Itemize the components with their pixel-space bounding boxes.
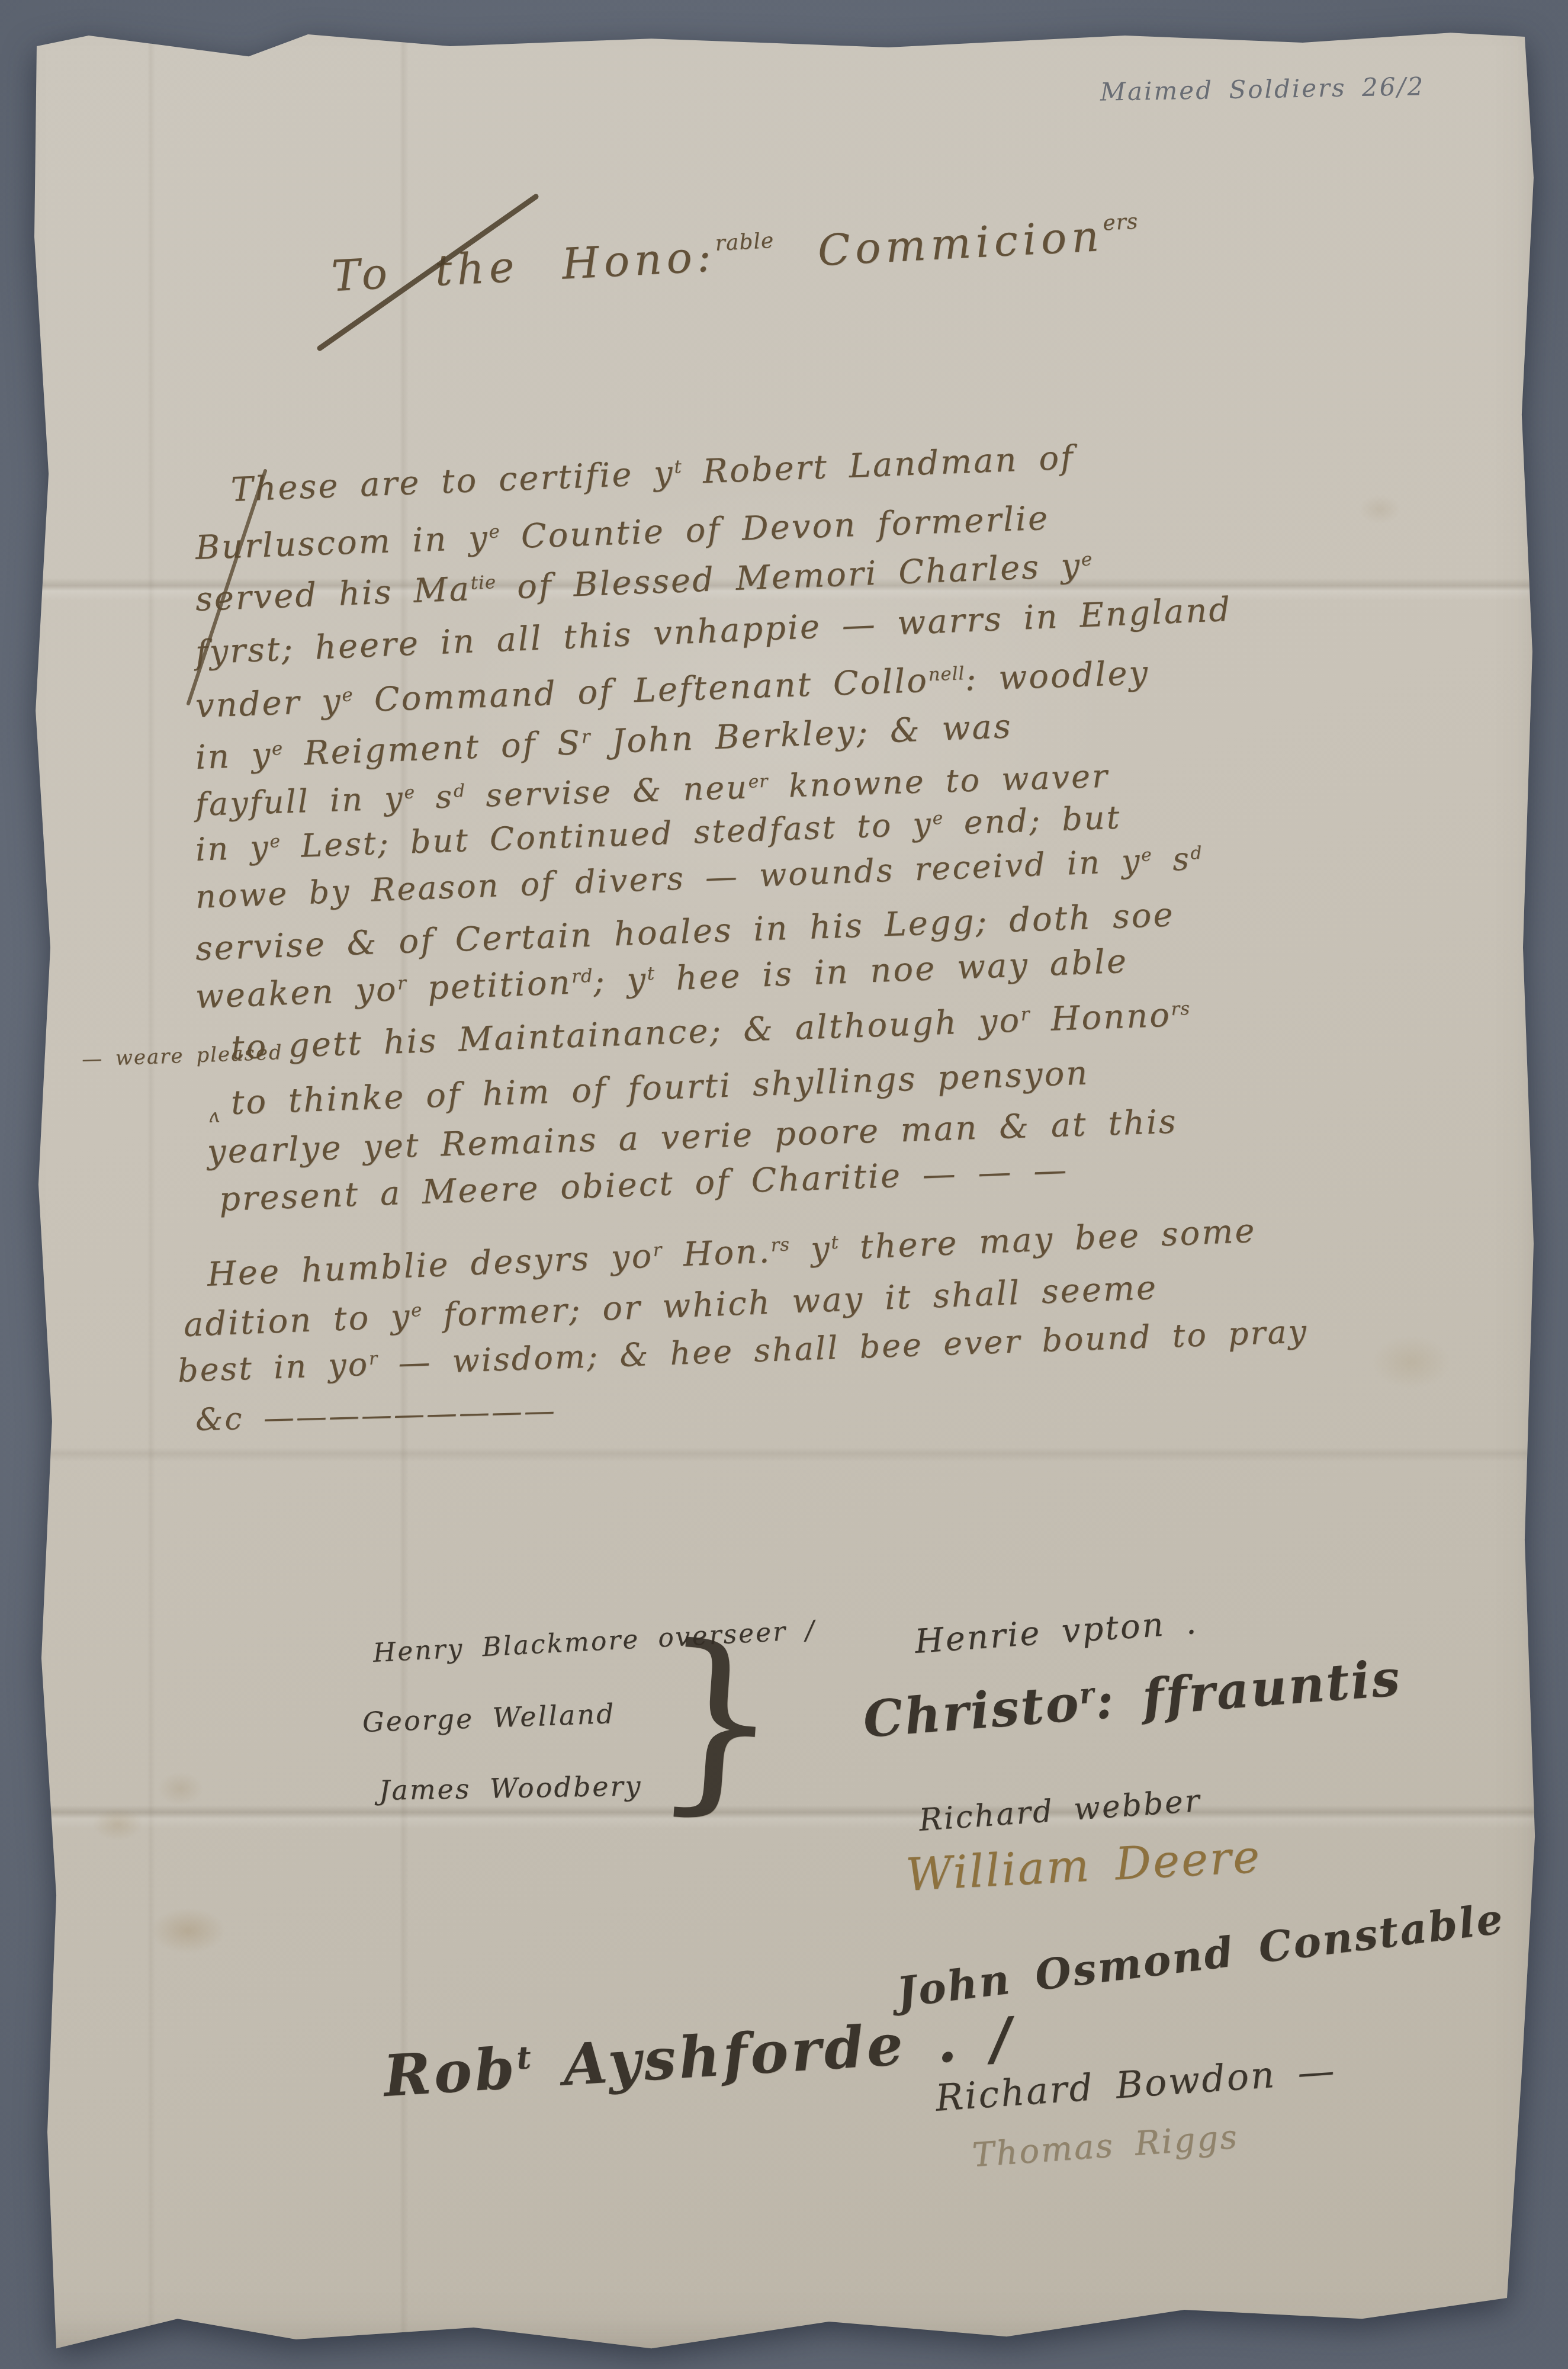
archival-annotation: Maimed Soldiers 26/2 <box>1100 72 1425 107</box>
signature: Henrie vpton . <box>914 1606 1199 1659</box>
photo-backdrop: Maimed Soldiers 26/2 To the Hono:rable C… <box>0 0 1568 2369</box>
margin-caret: ʌ <box>208 1106 221 1125</box>
petition-line: &c ————————— <box>195 1395 557 1436</box>
signature-brace: } <box>649 1618 788 1822</box>
signature: George Welland <box>362 1700 616 1736</box>
heading-text: To the Hono: <box>330 231 717 301</box>
signature: Richard webber <box>918 1786 1202 1836</box>
signature: Christor: ffrauntis <box>862 1653 1403 1745</box>
paper-shadow: Maimed Soldiers 26/2 To the Hono:rable C… <box>0 0 1568 2369</box>
petition-line: These are to certifie yt Robert Landman … <box>230 441 1075 507</box>
signature-robt-ayshforde: Robt Ayshforde . / <box>382 2010 1016 2105</box>
signature: Thomas Riggs <box>971 2121 1239 2172</box>
signature: James Woodbery <box>379 1772 642 1804</box>
heading-superscript: ers <box>1102 210 1139 236</box>
petition-heading: To the Hono:rable Commicioners <box>330 211 1140 298</box>
heading-text: Commicion <box>773 211 1105 278</box>
document-paper: Maimed Soldiers 26/2 To the Hono:rable C… <box>0 0 1568 2369</box>
heading-superscript: rable <box>715 229 775 256</box>
signature: John Osmond Constable <box>895 1898 1507 2013</box>
signature: William Deere <box>905 1834 1262 1898</box>
